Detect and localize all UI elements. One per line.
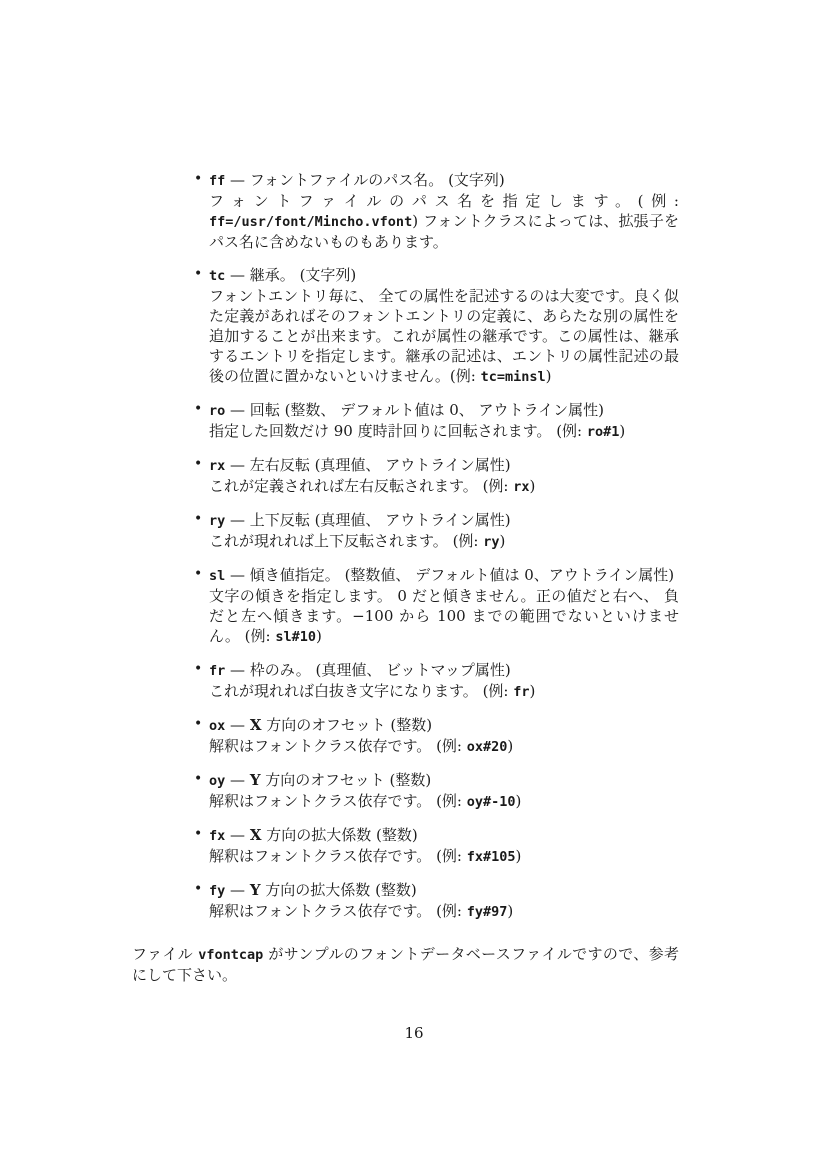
bullet-icon: • — [194, 264, 202, 284]
attribute-heading: oy — Y 方向のオフセット (整数) — [209, 770, 679, 791]
text-run: — — [225, 881, 250, 899]
attribute-term: ro — [209, 403, 225, 419]
attribute-description: 指定した回数だけ 90 度時計回りに回転されます。 (例: ro#1) — [209, 421, 679, 442]
text-run: フォントファイルのパス名を指定します。(例: — [209, 192, 679, 210]
bullet-icon: • — [194, 879, 202, 899]
inline-code: vfontcap — [198, 947, 263, 963]
text-run: 方向の拡大係数 (整数) — [261, 881, 417, 899]
math-symbol: X — [250, 716, 262, 734]
attribute-description: これが現れれば上下反転されます。 (例: ry) — [209, 531, 679, 552]
attribute-term: fx — [209, 828, 225, 844]
text-run: ) — [546, 367, 552, 385]
attribute-item-oy: •oy — Y 方向のオフセット (整数)解釈はフォントクラス依存です。 (例:… — [209, 770, 679, 812]
attribute-term: sl — [209, 568, 225, 584]
text-run: 解釈はフォントクラス依存です。 (例: — [209, 737, 467, 755]
attribute-term: ox — [209, 718, 225, 734]
attribute-term: ff — [209, 173, 225, 189]
bullet-icon: • — [194, 509, 202, 529]
inline-code: ff=/usr/font/Mincho.vfont — [209, 214, 412, 230]
inline-code: fy#97 — [467, 904, 508, 920]
bullet-icon: • — [194, 824, 202, 844]
inline-code: sl#10 — [275, 629, 316, 645]
text-run: ) — [516, 847, 522, 865]
text-run: — — [225, 826, 250, 844]
bullet-icon: • — [194, 564, 202, 584]
bullet-icon: • — [194, 659, 202, 679]
bullet-icon: • — [194, 169, 202, 189]
text-run: これが現れれば白抜き文字になります。 (例: — [209, 682, 513, 700]
attribute-description: 文字の傾きを指定します。 0 だと傾きません。正の値だと右へ、 負だと左へ傾きま… — [209, 586, 679, 647]
attribute-item-fx: •fx — X 方向の拡大係数 (整数)解釈はフォントクラス依存です。 (例: … — [209, 825, 679, 867]
text-run: 指定した回数だけ 90 度時計回りに回転されます。 (例: — [209, 422, 587, 440]
text-run: ファイル — [132, 945, 198, 963]
inline-code: ry — [483, 534, 499, 550]
inline-code: oy#-10 — [467, 794, 516, 810]
attribute-description: これが定義されれば左右反転されます。 (例: rx) — [209, 476, 679, 497]
bullet-icon: • — [194, 769, 202, 789]
page-number: 16 — [0, 1023, 828, 1043]
attribute-item-ox: •ox — X 方向のオフセット (整数)解釈はフォントクラス依存です。 (例:… — [209, 715, 679, 757]
inline-code: fx#105 — [467, 849, 516, 865]
text-run: これが定義されれば左右反転されます。 (例: — [209, 477, 513, 495]
attribute-description: 解釈はフォントクラス依存です。 (例: fx#105) — [209, 846, 679, 867]
attribute-list: •ff — フォントファイルのパス名。 (文字列)フォントファイルのパス名を指定… — [132, 170, 679, 922]
attribute-heading: rx — 左右反転 (真理値、 アウトライン属性) — [209, 455, 679, 476]
text-run: ) — [619, 422, 625, 440]
text-run: これが現れれば上下反転されます。 (例: — [209, 532, 483, 550]
bullet-icon: • — [194, 454, 202, 474]
attribute-heading: sl — 傾き値指定。 (整数値、 デフォルト値は 0、アウトライン属性) — [209, 565, 679, 586]
attribute-term: ry — [209, 513, 225, 529]
text-run: — 左右反転 (真理値、 アウトライン属性) — [225, 456, 510, 474]
attribute-term: oy — [209, 773, 225, 789]
attribute-description: フォントファイルのパス名を指定します。(例: ff=/usr/font/Minc… — [209, 191, 679, 252]
text-run: ) — [316, 627, 322, 645]
attribute-description: これが現れれば白抜き文字になります。 (例: fr) — [209, 681, 679, 702]
text-run: ) — [516, 792, 522, 810]
text-run: ) — [530, 477, 536, 495]
attribute-heading: ry — 上下反転 (真理値、 アウトライン属性) — [209, 510, 679, 531]
attribute-item-tc: •tc — 継承。 (文字列)フォントエントリ毎に、 全ての属性を記述するのは大… — [209, 265, 679, 387]
inline-code: ox#20 — [467, 739, 508, 755]
inline-code: ro#1 — [587, 424, 620, 440]
text-run: 方向のオフセット (整数) — [261, 771, 432, 789]
attribute-heading: ff — フォントファイルのパス名。 (文字列) — [209, 170, 679, 191]
attribute-description: 解釈はフォントクラス依存です。 (例: ox#20) — [209, 736, 679, 757]
closing-paragraph: ファイル vfontcap がサンプルのフォントデータベースファイルですので、参… — [132, 944, 679, 985]
text-run: 解釈はフォントクラス依存です。 (例: — [209, 792, 467, 810]
bullet-icon: • — [194, 714, 202, 734]
attribute-heading: fx — X 方向の拡大係数 (整数) — [209, 825, 679, 846]
attribute-item-sl: •sl — 傾き値指定。 (整数値、 デフォルト値は 0、アウトライン属性)文字… — [209, 565, 679, 647]
attribute-item-ry: •ry — 上下反転 (真理値、 アウトライン属性)これが現れれば上下反転されま… — [209, 510, 679, 552]
inline-code: rx — [513, 479, 529, 495]
math-symbol: Y — [250, 881, 261, 899]
attribute-term: fy — [209, 883, 225, 899]
text-run: 解釈はフォントクラス依存です。 (例: — [209, 847, 467, 865]
text-run: 解釈はフォントクラス依存です。 (例: — [209, 902, 467, 920]
attribute-item-ff: •ff — フォントファイルのパス名。 (文字列)フォントファイルのパス名を指定… — [209, 170, 679, 252]
text-run: フォントエントリ毎に、 全ての属性を記述するのは大変です。良く似た定義があればそ… — [209, 287, 679, 385]
text-run: — 継承。 (文字列) — [225, 266, 356, 284]
text-run: 方向の拡大係数 (整数) — [261, 826, 417, 844]
attribute-item-fy: •fy — Y 方向の拡大係数 (整数)解釈はフォントクラス依存です。 (例: … — [209, 880, 679, 922]
text-run: — 回転 (整数、 デフォルト値は 0、 アウトライン属性) — [225, 401, 604, 419]
attribute-item-fr: •fr — 枠のみ。 (真理値、 ビットマップ属性)これが現れれば白抜き文字にな… — [209, 660, 679, 702]
attribute-description: 解釈はフォントクラス依存です。 (例: fy#97) — [209, 901, 679, 922]
text-run: — 枠のみ。 (真理値、 ビットマップ属性) — [225, 661, 510, 679]
text-run: ) — [530, 682, 536, 700]
bullet-icon: • — [194, 399, 202, 419]
text-run: — 傾き値指定。 (整数値、 デフォルト値は 0、アウトライン属性) — [225, 566, 674, 584]
attribute-description: フォントエントリ毎に、 全ての属性を記述するのは大変です。良く似た定義があればそ… — [209, 286, 679, 387]
math-symbol: X — [250, 826, 262, 844]
text-run: — フォントファイルのパス名。 (文字列) — [225, 171, 505, 189]
attribute-heading: fy — Y 方向の拡大係数 (整数) — [209, 880, 679, 901]
attribute-item-ro: •ro — 回転 (整数、 デフォルト値は 0、 アウトライン属性)指定した回数… — [209, 400, 679, 442]
attribute-heading: tc — 継承。 (文字列) — [209, 265, 679, 286]
attribute-description: 解釈はフォントクラス依存です。 (例: oy#-10) — [209, 791, 679, 812]
text-run: — 上下反転 (真理値、 アウトライン属性) — [225, 511, 510, 529]
attribute-heading: ox — X 方向のオフセット (整数) — [209, 715, 679, 736]
math-symbol: Y — [250, 771, 261, 789]
attribute-term: fr — [209, 663, 225, 679]
text-run: — — [225, 716, 250, 734]
page-content: •ff — フォントファイルのパス名。 (文字列)フォントファイルのパス名を指定… — [132, 170, 679, 985]
attribute-term: tc — [209, 268, 225, 284]
attribute-heading: fr — 枠のみ。 (真理値、 ビットマップ属性) — [209, 660, 679, 681]
inline-code: fr — [513, 684, 529, 700]
text-run: — — [225, 771, 250, 789]
text-run: ) — [500, 532, 506, 550]
text-run: ) — [507, 737, 513, 755]
document-page: •ff — フォントファイルのパス名。 (文字列)フォントファイルのパス名を指定… — [0, 0, 828, 1171]
inline-code: tc=minsl — [481, 369, 546, 385]
text-run: ) — [507, 902, 513, 920]
attribute-term: rx — [209, 458, 225, 474]
text-run: 方向のオフセット (整数) — [261, 716, 432, 734]
attribute-heading: ro — 回転 (整数、 デフォルト値は 0、 アウトライン属性) — [209, 400, 679, 421]
attribute-item-rx: •rx — 左右反転 (真理値、 アウトライン属性)これが定義されれば左右反転さ… — [209, 455, 679, 497]
